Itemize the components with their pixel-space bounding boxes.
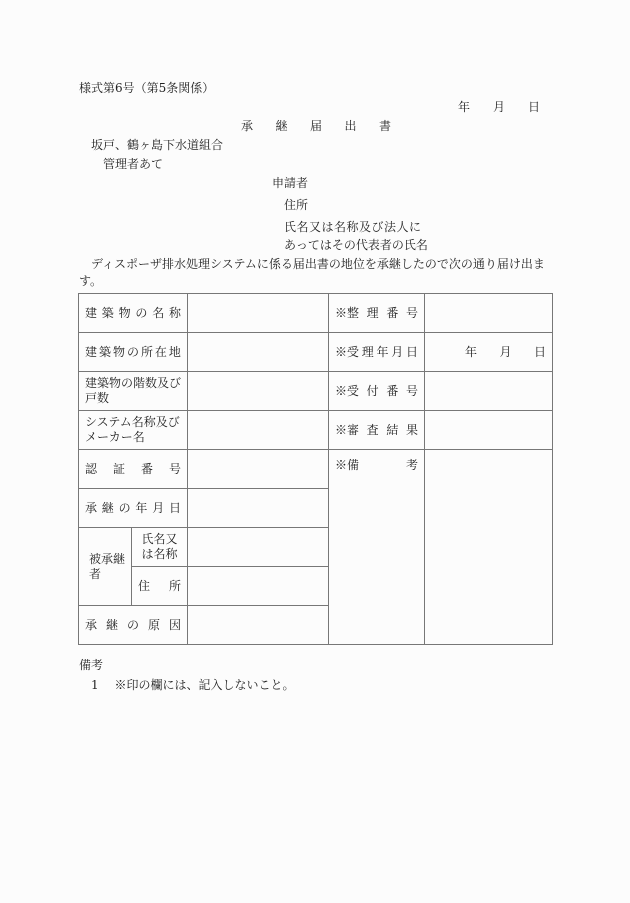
title-char: 承 <box>241 119 253 133</box>
system-maker-field[interactable] <box>188 411 329 450</box>
table-row: 建築物の階数及び戸数 ※受付番号 <box>79 372 553 411</box>
table-row: 建築物の所在地 ※受理年月日 年月日 <box>79 333 553 372</box>
succession-date-label: 承継の年月日 <box>79 489 188 528</box>
table-row: 認証番号 ※備考 <box>79 450 553 489</box>
receipt-number-label: ※受付番号 <box>329 372 425 411</box>
review-result-field[interactable] <box>425 411 553 450</box>
title-char: 届 <box>310 119 322 133</box>
receipt-date-field[interactable]: 年月日 <box>425 333 553 372</box>
building-name-label: 建築物の名称 <box>79 294 188 333</box>
addressee-line1: 坂戸、鶴ヶ島下水道組合 <box>91 138 223 152</box>
table-row: システム名称及びメーカー名 ※審査結果 <box>79 411 553 450</box>
certification-number-label: 認証番号 <box>79 450 188 489</box>
applicant-label: 申請者 <box>272 176 308 190</box>
reference-number-field[interactable] <box>425 294 553 333</box>
note-number: 1 <box>91 678 99 692</box>
remarks-label: ※備考 <box>329 450 425 645</box>
date-month-label: 月 <box>493 100 505 114</box>
building-name-field[interactable] <box>188 294 329 333</box>
date-year-label: 年 <box>458 100 470 114</box>
applicant-name-label-line1: 氏名又は名称及び法人に <box>284 220 422 234</box>
receipt-date-label: ※受理年月日 <box>329 333 425 372</box>
note-text: ※印の欄には、記入しないこと。 <box>114 678 294 692</box>
title-char: 継 <box>275 119 287 133</box>
predecessor-address-label: 住所 <box>132 567 188 606</box>
form-number: 様式第6号（第5条関係） <box>79 81 214 95</box>
title-char: 出 <box>344 119 356 133</box>
predecessor-group-label: 被承継者 <box>79 528 132 606</box>
floors-units-field[interactable] <box>188 372 329 411</box>
note-item: 1 ※印の欄には、記入しないこと。 <box>91 678 294 692</box>
succession-reason-label: 承継の原因 <box>79 606 188 645</box>
document-title: 承 継 届 出 書 <box>241 119 391 133</box>
remarks-field[interactable] <box>425 450 553 645</box>
floors-units-label: 建築物の階数及び戸数 <box>79 372 188 411</box>
succession-form-table: 建築物の名称 ※整理番号 建築物の所在地 ※受理年月日 年月日 <box>78 293 553 645</box>
predecessor-address-field[interactable] <box>188 567 329 606</box>
notes-heading: 備考 <box>79 658 103 672</box>
predecessor-name-field[interactable] <box>188 528 329 567</box>
date-day-label: 日 <box>528 100 540 114</box>
reference-number-label: ※整理番号 <box>329 294 425 333</box>
title-char: 書 <box>379 119 391 133</box>
applicant-name-label-line2: あってはその代表者の氏名 <box>284 238 428 252</box>
building-location-field[interactable] <box>188 333 329 372</box>
addressee-line2: 管理者あて <box>103 157 163 171</box>
intro-text-line2: す。 <box>79 274 102 288</box>
intro-text-line1: ディスポーザ排水処理システムに係る届出書の地位を承継したので次の通り届け出ま <box>91 257 545 271</box>
succession-date-field[interactable] <box>188 489 329 528</box>
applicant-address-label: 住所 <box>284 198 308 212</box>
succession-reason-field[interactable] <box>188 606 329 645</box>
building-location-label: 建築物の所在地 <box>79 333 188 372</box>
date-line: 年 月 日 <box>458 100 540 114</box>
table-row: 建築物の名称 ※整理番号 <box>79 294 553 333</box>
review-result-label: ※審査結果 <box>329 411 425 450</box>
predecessor-name-label: 氏名又は名称 <box>132 528 188 567</box>
receipt-number-field[interactable] <box>425 372 553 411</box>
certification-number-field[interactable] <box>188 450 329 489</box>
system-maker-label: システム名称及びメーカー名 <box>79 411 188 450</box>
